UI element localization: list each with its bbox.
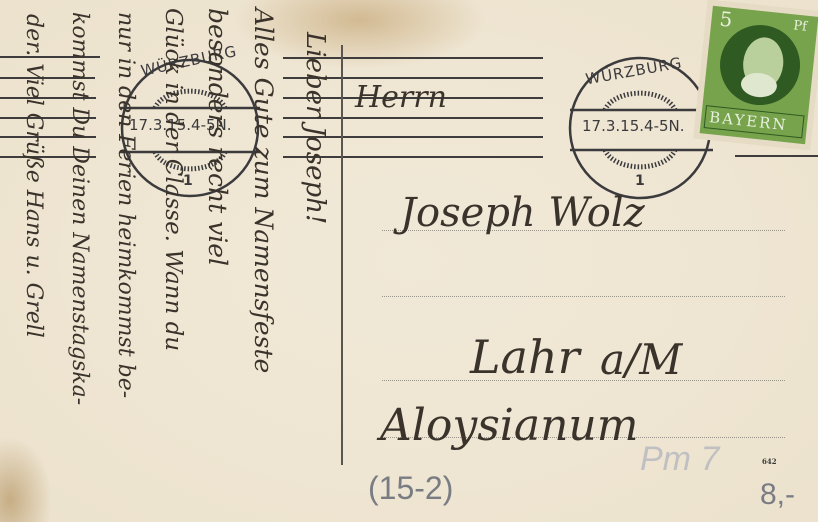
stamp-denomination: 5 — [718, 7, 733, 32]
address-city-suffix: a/M — [600, 335, 682, 384]
pencil-faint-note: Pm 7 — [640, 440, 719, 479]
print-number: 642 — [762, 457, 777, 466]
postmark-right-office: 1 — [635, 173, 645, 189]
message-line: Glück in der Classe. Wann du — [160, 8, 186, 351]
address-institution: Aloysianum — [380, 400, 638, 451]
pencil-reference: (15-2) — [368, 470, 453, 507]
message-line: Alles Gute zum Namensfeste — [249, 8, 278, 373]
stamp-currency: Pf — [793, 18, 808, 34]
address-line-3 — [382, 380, 785, 381]
postmark-right-date: 17.3.15.4-5N. — [582, 117, 685, 135]
address-line-2 — [382, 296, 785, 297]
postcard: WÜRZBURG 17.3.15.4-5N. 1 WÜRZBURG 17.3.1… — [0, 0, 818, 522]
address-name: Joseph Wolz — [400, 190, 645, 236]
postage-stamp: 5 Pf BAYERN — [693, 0, 818, 151]
message-line: nur in den Ferien heimkommst be- — [113, 12, 138, 398]
message-line: der. Viel Grüße Hans u. Grell — [21, 14, 46, 338]
message-line: kommst Du Deinen Namenstagska- — [67, 12, 92, 405]
address-salutation: Herrn — [355, 80, 447, 115]
address-city: Lahr — [470, 330, 580, 384]
card-divider — [341, 45, 343, 465]
pencil-price: 8,- — [760, 478, 795, 512]
message-line: besonders recht viel — [203, 8, 232, 266]
message-line: Lieber Joseph! — [300, 32, 330, 224]
